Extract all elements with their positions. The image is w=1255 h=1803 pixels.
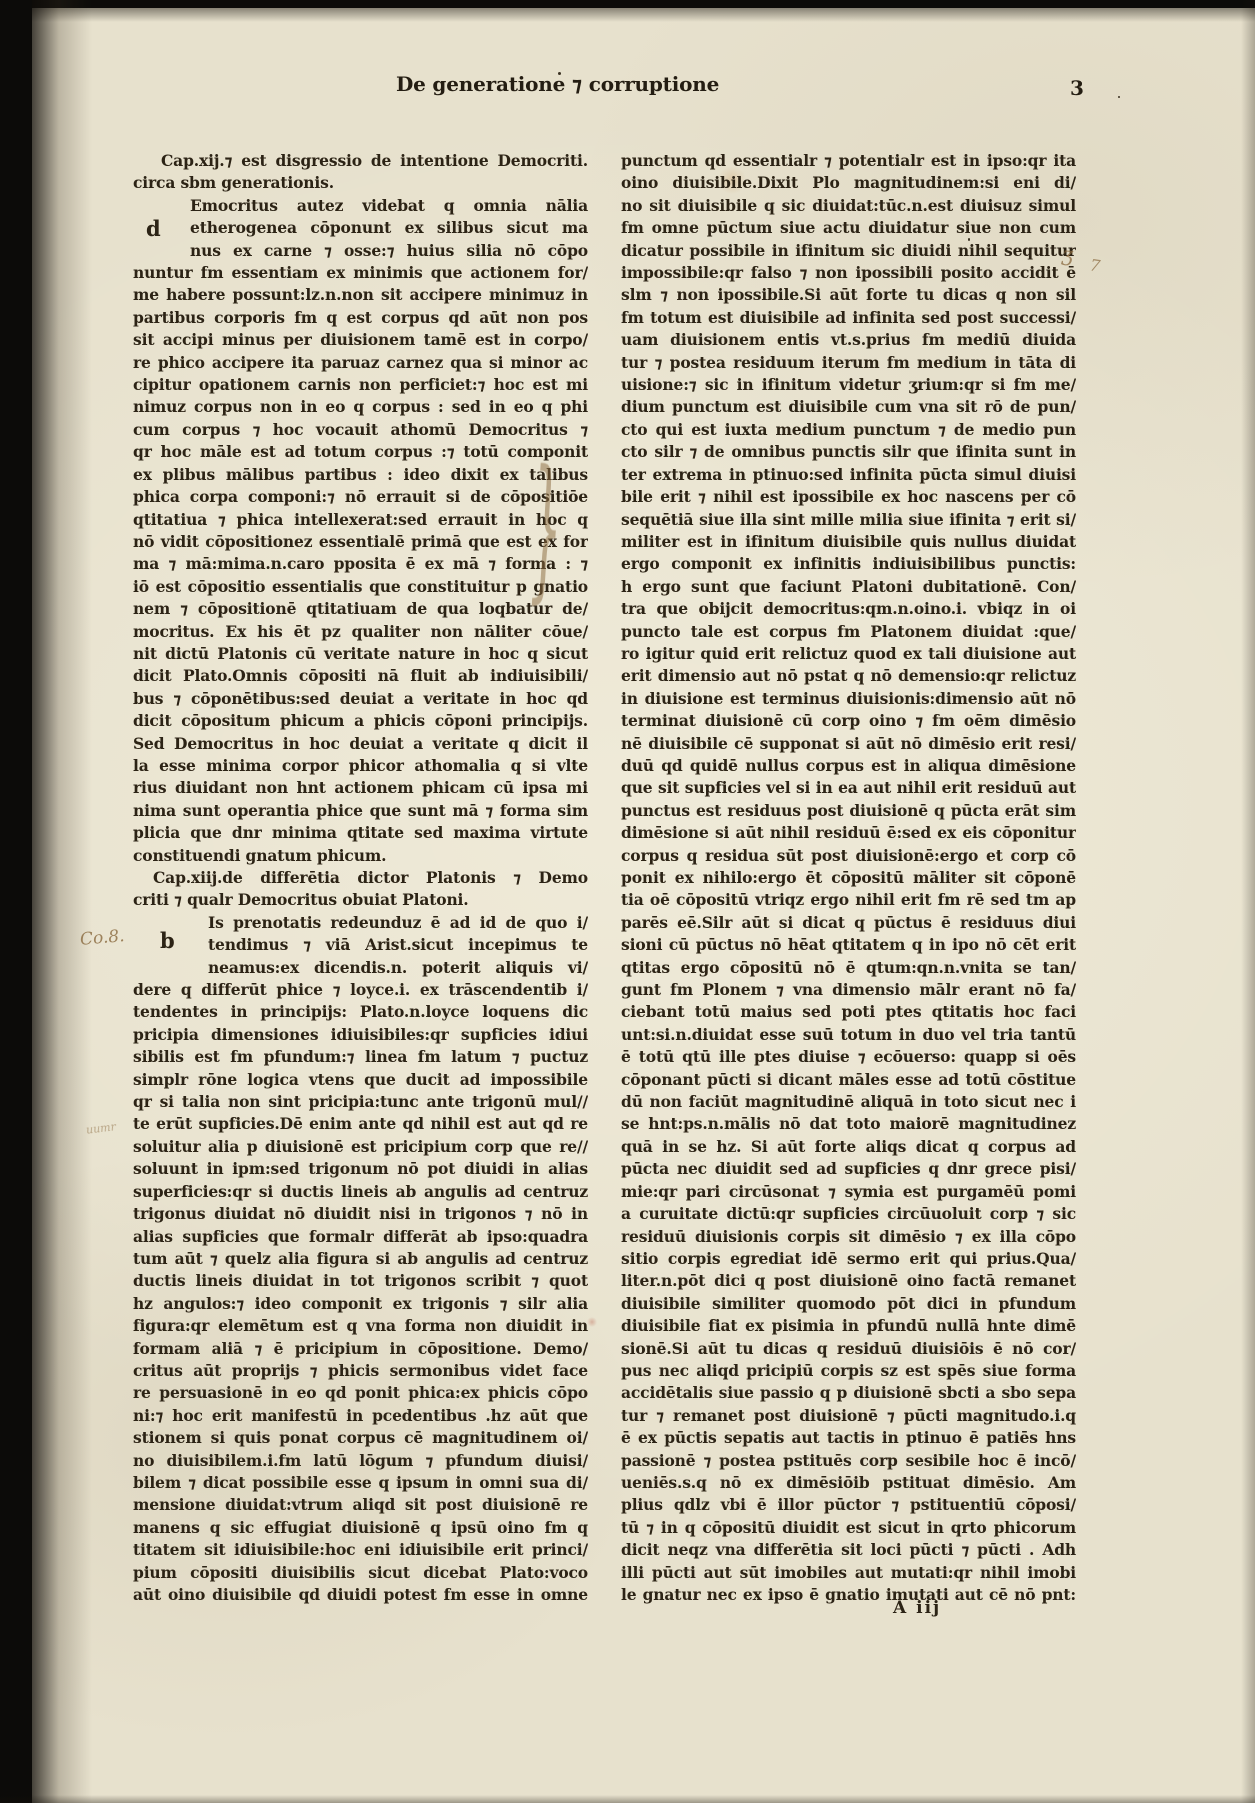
text-line: qr hoc māle est ad totum corpus :⁊ totū … [133, 442, 588, 464]
text-line: rius diuidant non hnt actionem phicam cū… [133, 778, 588, 800]
text-line: critus aūt proprijs ⁊ phicis sermonibus … [133, 1361, 588, 1383]
ink-speck [558, 72, 561, 75]
text-line: a curuitate dictū:qr supficies circūuolu… [621, 1204, 1076, 1226]
text-line: duū qd quidē nullus corpus est in aliqua… [621, 756, 1076, 778]
text-line: tia oē cōpositū vtriqz ergo nihil erit f… [621, 890, 1076, 912]
text-line: la esse minima corpor phicor athomalia q… [133, 756, 588, 778]
text-column-right: punctum qd essentialr ⁊ potentialr est i… [621, 151, 1076, 1607]
text-line: dere q differūt phice ⁊ loyce.i. ex trās… [133, 980, 588, 1002]
text-line: etherogenea cōponunt ex silibus sicut ma [133, 218, 588, 240]
text-line: qtitas ergo cōpositū nō ē qtum:qn.n.vnit… [621, 958, 1076, 980]
text-line: neamus:ex dicendis.n. poterit aliquis vi… [133, 958, 588, 980]
text-line: tū ⁊ in q cōpositū diuidit est sicut in … [621, 1518, 1076, 1540]
text-line: fm totum est diuisibile ad infinita sed … [621, 308, 1076, 330]
text-line: ex plibus mālibus partibus : ideo dixit … [133, 465, 588, 487]
text-line: manens q sic effugiat diuisionē q ipsū o… [133, 1518, 588, 1540]
text-line: nit dictū Platonis cū veritate nature in… [133, 644, 588, 666]
text-line: punctum qd essentialr ⁊ potentialr est i… [621, 151, 1076, 173]
text-line: qtitatiua ⁊ phica intellexerat:sed errau… [133, 510, 588, 532]
text-line: accidētalis siue passio q p diuisionē sb… [621, 1383, 1076, 1405]
folio-number: 3 [1070, 76, 1084, 100]
page-gutter-shadow [32, 0, 92, 1803]
text-line: te erūt supficies.Dē enim ante qd nihil … [133, 1114, 588, 1136]
text-line: circa sbm generationis. [133, 173, 588, 195]
guide-letter-d: d [146, 216, 161, 241]
text-line: diuisibile fiat ex pisimia in pfundū nul… [621, 1316, 1076, 1338]
text-line: soluitur alia p diuisionē est pricipium … [133, 1137, 588, 1159]
text-line: sibilis est fm pfundum:⁊ linea fm latum … [133, 1047, 588, 1069]
text-line: tur ⁊ postea residuum iterum fm medium i… [621, 353, 1076, 375]
text-line: sit accipi minus per diuisionem tamē est… [133, 330, 588, 352]
text-line: bilem ⁊ dicat possibile esse q ipsum in … [133, 1473, 588, 1495]
page-edge-top-shadow [0, 8, 1255, 22]
text-line: no diuisibilem.i.fm latū lōgum ⁊ pfundum… [133, 1451, 588, 1473]
text-line: bus ⁊ cōponētibus:sed deuiat a veritate … [133, 689, 588, 711]
text-line: dicit neqz vna differētia sit loci pūcti… [621, 1540, 1076, 1562]
text-line: constituendi gnatum phicum. [133, 846, 588, 868]
ink-speck [968, 238, 970, 241]
ink-speck [1118, 96, 1120, 98]
text-line: soluunt in ipm:sed trigonum nō pot diuid… [133, 1159, 588, 1181]
text-line: erit dimensio aut nō pstat q nō demensio… [621, 666, 1076, 688]
text-line: ma ⁊ mā:mima.n.caro pposita ē ex mā ⁊ fo… [133, 554, 588, 576]
text-line: ni:⁊ hoc erit manifestū in pcedentibus .… [133, 1406, 588, 1428]
text-line: ro igitur quid erit relictuz quod ex tal… [621, 644, 1076, 666]
text-line: corpus q residua sūt post diuisionē:ergo… [621, 846, 1076, 868]
text-line: residuū diuisionis corpis sit dimēsio ⁊ … [621, 1227, 1076, 1249]
text-line: nima sunt operantia phice que sunt mā ⁊ … [133, 801, 588, 823]
text-line: no sit diuisibile q sic diuidat:tūc.n.es… [621, 196, 1076, 218]
text-line: tra que obijcit democritus:qm.n.oino.i. … [621, 599, 1076, 621]
text-line: nō vidit cōpositionez essentialē primā q… [133, 532, 588, 554]
text-line: stionem si quis ponat corpus cē magnitud… [133, 1428, 588, 1450]
text-line: que sit supficies vel si in ea aut nihil… [621, 778, 1076, 800]
text-line: Emocritus autez videbat q omnia nālia [133, 196, 588, 218]
text-line: mensione diuidat:vtrum aliqd sit post di… [133, 1495, 588, 1517]
text-line: ciebant totū maius sed poti ptes qtitati… [621, 1002, 1076, 1024]
text-line: Is prenotatis redeunduz ē ad id de quo i… [133, 913, 588, 935]
marginal-scribble: uumr [85, 1120, 116, 1137]
text-line: ē ex pūctis sepatis aut tactis in ptinuo… [621, 1428, 1076, 1450]
text-line: superficies:qr si ductis lineis ab angul… [133, 1182, 588, 1204]
guide-letter-b: b [160, 928, 175, 953]
text-line: sitio corpis egrediat idē sermo erit qui… [621, 1249, 1076, 1271]
text-line: re persuasionē in eo qd ponit phica:ex p… [133, 1383, 588, 1405]
text-line: tum aūt ⁊ quelz alia figura si ab anguli… [133, 1249, 588, 1271]
text-line: ter extrema in ptinuo:sed infinita pūcta… [621, 465, 1076, 487]
text-line: cōponant pūcti si dicant māles esse ad t… [621, 1070, 1076, 1092]
text-line: dicatur possibile in ifinitum sic diuidi… [621, 241, 1076, 263]
text-line: tendentes in principijs: Plato.n.loyce l… [133, 1002, 588, 1024]
text-line: pūcta nec diuidit sed ad supficies q dnr… [621, 1159, 1076, 1181]
marginal-mark-ezh: ʒ [1061, 242, 1074, 267]
text-line: cto qui est iuxta medium punctum ⁊ de me… [621, 420, 1076, 442]
book-page: De generatione ⁊ corruptione 3 Cap.xij.⁊… [0, 0, 1255, 1803]
text-line: pus nec aliqd pricipiū corpis sz est spē… [621, 1361, 1076, 1383]
text-line: alias supficies que formalr differāt ab … [133, 1227, 588, 1249]
text-line: quā in se hz. Si aūt forte aliqs dicat q… [621, 1137, 1076, 1159]
text-line: iō est cōpositio essentialis que constit… [133, 577, 588, 599]
text-line: plicia que dnr minima qtitate sed maxima… [133, 823, 588, 845]
text-line: unt:si.n.diuidat esse suū totum in duo v… [621, 1025, 1076, 1047]
text-line: sioni cū pūctus nō hēat qtitatem q in ip… [621, 935, 1076, 957]
text-line: partibus corporis fm q est corpus qd aūt… [133, 308, 588, 330]
text-line: ergo componit ex infinitis indiuisibilib… [621, 554, 1076, 576]
marginal-mark-seven: 7 [1089, 255, 1102, 275]
page-edge-right-shadow [1241, 0, 1255, 1803]
text-line: dicit cōpositum phicum a phicis cōponi p… [133, 711, 588, 733]
text-line: militer est in ifinitum diuisibile quis … [621, 532, 1076, 554]
text-line: punctus est residuus post diuisionē q pū… [621, 801, 1076, 823]
text-line: ē totū qtū ille ptes diuise ⁊ ecōuerso: … [621, 1047, 1076, 1069]
text-line: slm ⁊ non ipossibile.Si aūt forte tu dic… [621, 285, 1076, 307]
text-line: in diuisione est terminus diuisionis:dim… [621, 689, 1076, 711]
text-line: nimuz corpus non in eo q corpus : sed in… [133, 397, 588, 419]
text-line: tur ⁊ remanet post diuisionē ⁊ pūcti mag… [621, 1406, 1076, 1428]
text-line: sionē.Si aūt tu dicas q residuū diuisiōi… [621, 1339, 1076, 1361]
text-column-left: Cap.xij.⁊ est disgressio de intentione D… [133, 151, 588, 1607]
text-line: uisione:⁊ sic in ifinitum videtur ʒrium:… [621, 375, 1076, 397]
text-line: oino diuisibile.Dixit Plo magnitudinem:s… [621, 173, 1076, 195]
text-line: parēs eē.Silr aūt si dicat q pūctus ē re… [621, 913, 1076, 935]
text-line: re phico accipere ita paruaz carnez qua … [133, 353, 588, 375]
text-line: uam diuisionem entis vt.s.prius fm mediū… [621, 330, 1076, 352]
text-line: aūt oino diuisibile qd diuidi potest fm … [133, 1585, 588, 1607]
text-line: cum corpus ⁊ hoc vocauit athomū Democrit… [133, 420, 588, 442]
text-line: simplr rōne logica vtens que ducit ad im… [133, 1070, 588, 1092]
text-line: diuisibile similiter quomodo pōt dici in… [621, 1294, 1076, 1316]
text-line: nuntur fm essentiam ex minimis que actio… [133, 263, 588, 285]
text-line: mie:qr pari circūsonat ⁊ symia est purga… [621, 1182, 1076, 1204]
text-line: Cap.xiij.de differētia dictor Platonis ⁊… [133, 868, 588, 890]
text-line: terminat diuisionē cū corp oino ⁊ fm oēm… [621, 711, 1076, 733]
text-line: fm omne pūctum siue actu diuidatur siue … [621, 218, 1076, 240]
signature-mark: A iij [893, 1598, 941, 1618]
text-line: ductis lineis diuidat in tot trigonos sc… [133, 1271, 588, 1293]
page-edge-top [0, 0, 1255, 8]
text-line: h ergo sunt que faciunt Platoni dubitati… [621, 577, 1076, 599]
text-line: Cap.xij.⁊ est disgressio de intentione D… [133, 151, 588, 173]
marginal-brace: } [530, 438, 562, 618]
text-line: nus ex carne ⁊ osse:⁊ huius silia nō cōp… [133, 241, 588, 263]
running-title: De generatione ⁊ corruptione [396, 72, 719, 96]
text-line: nem ⁊ cōpositionē qtitatiuam de qua loqb… [133, 599, 588, 621]
text-line: sequētiā siue illa sint mille milia siue… [621, 510, 1076, 532]
text-line: dium punctum est diuisibile cum vna sit … [621, 397, 1076, 419]
text-line: hz angulos:⁊ ideo componit ex trigonis ⁊… [133, 1294, 588, 1316]
text-line: bile erit ⁊ nihil est ipossibile ex hoc … [621, 487, 1076, 509]
text-line: se hnt:ps.n.mālis nō dat toto maiorē mag… [621, 1114, 1076, 1136]
text-line: tendimus ⁊ viā Arist.sicut incepimus te [133, 935, 588, 957]
text-line: phica corpa componi:⁊ nō errauit si de c… [133, 487, 588, 509]
page-edge-bottom-shadow [0, 1795, 1255, 1803]
text-line: puncto tale est corpus fm Platonem diuid… [621, 622, 1076, 644]
text-line: criti ⁊ qualr Democritus obuiat Platoni. [133, 890, 588, 912]
text-line: ueniēs.s.q nō ex dimēsiōib pstituat dimē… [621, 1473, 1076, 1495]
text-line: mocritus. Ex his ēt pz qualiter non nāli… [133, 622, 588, 644]
text-line: titatem sit idiuisibile:hoc eni idiuisib… [133, 1540, 588, 1562]
text-line: passionē ⁊ postea pstituēs corp sesibile… [621, 1451, 1076, 1473]
text-line: cipitur opationem carnis non perficiet:⁊… [133, 375, 588, 397]
marginal-note: Co.8. [79, 926, 125, 950]
text-line: pium cōpositi diuisibilis sicut dicebat … [133, 1563, 588, 1585]
text-line: dicit Plato.Omnis cōpositi nā fluit ab i… [133, 666, 588, 688]
text-line: cto silr ⁊ de omnibus punctis silr que i… [621, 442, 1076, 464]
text-line: ponit ex nihilo:ergo ēt cōpositū māliter… [621, 868, 1076, 890]
text-line: pricipia dimensiones idiuisibiles:qr sup… [133, 1025, 588, 1047]
text-line: me habere possunt:lz.n.non sit accipere … [133, 285, 588, 307]
text-line: formam aliā ⁊ ē pricipium in cōpositione… [133, 1339, 588, 1361]
text-line: trigonus diuidat nō diuidit nisi in trig… [133, 1204, 588, 1226]
page-edge-left [0, 0, 32, 1803]
text-line: le gnatur nec ex ipso ē gnatio imutati a… [621, 1585, 1076, 1607]
text-line: nē diuisibile cē supponat si aūt nō dimē… [621, 734, 1076, 756]
text-line: qr si talia non sint pricipia:tunc ante … [133, 1092, 588, 1114]
text-line: figura:qr elemētum est q vna forma non d… [133, 1316, 588, 1338]
text-line: illi pūcti aut sūt imobiles aut mutati:q… [621, 1563, 1076, 1585]
text-line: liter.n.pōt dici q post diuisionē oino f… [621, 1271, 1076, 1293]
text-line: Sed Democritus in hoc deuiat a veritate … [133, 734, 588, 756]
text-line: impossibile:qr falso ⁊ non ipossibili po… [621, 263, 1076, 285]
text-line: plius qdlz vbi ē illor pūctor ⁊ pstituen… [621, 1495, 1076, 1517]
text-line: gunt fm Plonem ⁊ vna dimensio mālr erant… [621, 980, 1076, 1002]
text-line: dū non faciūt magnitudinē aliquā in toto… [621, 1092, 1076, 1114]
text-line: dimēsione si aūt nihil residuū ē:sed ex … [621, 823, 1076, 845]
